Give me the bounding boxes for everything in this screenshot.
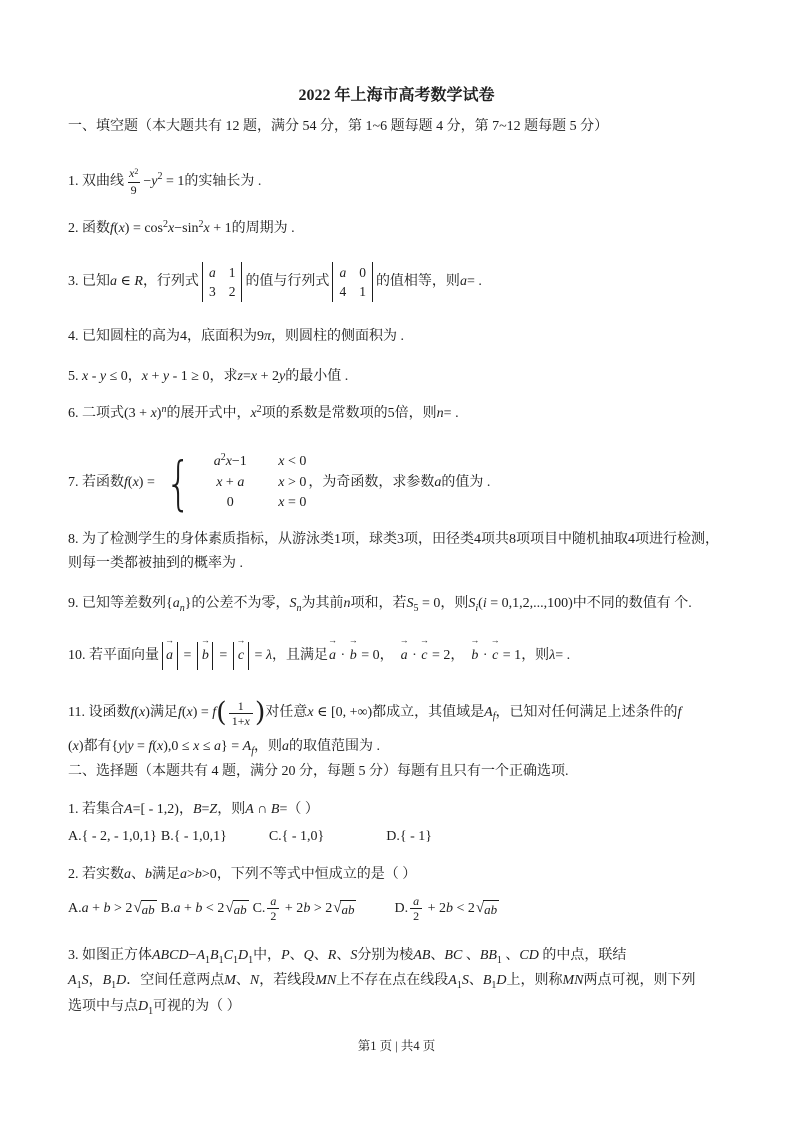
math-var: A: [245, 802, 254, 817]
superscript: 2: [134, 167, 138, 176]
text-run: 一、填空题（本大题共有 12 题，满分 54 分，第 1~6 题每题 4 分，第…: [68, 119, 608, 134]
superscript: 2: [198, 219, 203, 230]
math-var: ABCD: [152, 948, 189, 963]
text-run: 选项中与点: [68, 999, 138, 1014]
vector-letter: b: [350, 648, 357, 663]
question-5: 5. x - y ≤ 0，x + y - 1 ≥ 0，求z=x + 2y的最小值…: [68, 365, 348, 389]
subscript: 1: [219, 955, 224, 966]
subscript: f: [251, 746, 254, 757]
text-run: 中不同的数值有 个.: [573, 596, 692, 611]
math-text: = 1: [499, 644, 521, 668]
text-run: ，: [450, 644, 464, 668]
text-run: ，下列不等式中恒成立的是（ ）: [217, 867, 417, 882]
math-text: ∈ [0, +∞): [314, 701, 373, 725]
text-run: ，则: [440, 596, 468, 611]
text-run: ，: [380, 644, 394, 668]
text-run: 的值与行列式: [245, 270, 329, 294]
determinant-cell: 0: [359, 264, 366, 281]
subscript: f: [493, 705, 496, 729]
piecewise-row: a2x−1x < 0: [198, 452, 306, 473]
text-run: 、: [290, 948, 304, 963]
text-run: 7. 若函数: [68, 471, 124, 495]
norm-bar: [177, 642, 178, 670]
text-run: 1. 若集合: [68, 802, 124, 817]
fraction-denominator: 2: [410, 908, 422, 923]
determinant-cell: 4: [339, 283, 346, 300]
math-text: 9: [131, 183, 137, 197]
fraction: a2: [410, 894, 422, 923]
page-footer: 第1 页 | 共4 页: [0, 1036, 793, 1054]
subscript: 1: [111, 980, 116, 991]
math-var: R: [134, 270, 143, 294]
math-var: b: [195, 897, 202, 921]
math-var: D: [238, 948, 248, 963]
math-text: ·: [479, 644, 491, 668]
spacer: [324, 839, 386, 840]
math-var: b: [104, 897, 111, 921]
math-text: +: [148, 369, 163, 384]
fraction: x29: [126, 166, 141, 197]
math-var: n: [437, 406, 444, 421]
question-9: 9. 已知等差数列{an}的公差不为零，Sn为其前n项和，若S5 = 0，则Si…: [68, 592, 692, 617]
math-var: b: [145, 867, 152, 882]
choice-question-2-options: A.a + b > 2√abB.a + b < 2√abC.a2 + 2b > …: [68, 894, 500, 923]
math-text: +: [181, 897, 196, 921]
text-run: 满足: [152, 867, 180, 882]
vector-b: →b: [350, 644, 357, 668]
superscript: 2: [257, 404, 262, 415]
math-text: > 2: [111, 897, 133, 921]
piecewise-expression: 0: [198, 493, 262, 513]
math-text: 4: [180, 329, 187, 344]
subscript: 1: [491, 980, 496, 991]
square-root: √ab: [133, 900, 156, 918]
math-text: ) =: [139, 471, 159, 495]
question-8-line1: 8. 为了检测学生的身体素质指标，从游泳类1项，球类3项，田径类4项共8项项目中…: [68, 528, 719, 552]
math-text: =[ - 1,2): [133, 802, 179, 817]
determinant-cell: 3: [209, 283, 216, 300]
text-run: 的值为 .: [441, 471, 490, 495]
math-var: B: [193, 802, 202, 817]
subscript: 1: [248, 955, 253, 966]
math-var: C: [224, 948, 233, 963]
text-run: 、: [314, 948, 328, 963]
math-text: ∈: [117, 270, 134, 294]
text-run: 10. 若平面向量: [68, 644, 159, 668]
norm-bar: [233, 642, 234, 670]
math-var: a: [434, 471, 441, 495]
vector-b: →b: [471, 644, 478, 668]
text-run: 的中点，联结: [539, 948, 627, 963]
vector-c: →c: [238, 644, 244, 668]
vector-letter: b: [471, 648, 478, 663]
math-text: = 2: [428, 644, 450, 668]
math-var: MN: [315, 973, 336, 988]
text-run: 都成立，其值域是: [372, 701, 484, 725]
fraction-numerator: x2: [126, 166, 141, 182]
piecewise-rows: a2x−1x < 0x + ax > 00x = 0: [198, 452, 306, 513]
text-run: 上，则称: [507, 973, 563, 988]
big-paren: (: [216, 698, 227, 728]
math-text: =: [134, 739, 149, 754]
text-run: 则每一类都被抽到的概率为 .: [68, 556, 243, 571]
text-run: （ ）: [287, 802, 319, 817]
math-var: b: [446, 897, 453, 921]
math-text: > 0: [284, 475, 306, 490]
math-var: b: [195, 867, 202, 882]
text-run: ，求: [210, 369, 238, 384]
text-run: 的周期为 .: [232, 221, 295, 236]
math-text: = 0: [284, 495, 306, 510]
math-var: a: [110, 270, 117, 294]
text-run: 3. 如图正方体: [68, 948, 152, 963]
choice-question-1: 1. 若集合A=[ - 1,2)，B=Z，则A ∩ B=（ ）: [68, 798, 319, 822]
question-10: 10. 若平面向量→a = →b = →c = λ，且满足→a · →b = 0…: [68, 642, 570, 670]
text-run: 5.: [68, 369, 82, 384]
subscript: 1: [77, 980, 82, 991]
math-var: A: [448, 973, 457, 988]
vector-arrow-icon: →: [470, 636, 479, 645]
document-page: 2022 年上海市高考数学试卷 一、填空题（本大题共有 12 题，满分 54 分…: [0, 0, 793, 1122]
math-text: 2: [413, 909, 419, 923]
math-var: a: [270, 894, 276, 908]
math-text: =: [243, 369, 251, 384]
text-run: 11. 设函数: [68, 701, 130, 725]
text-run: 的实轴长为 .: [184, 170, 261, 194]
math-text: = 0: [358, 644, 380, 668]
piecewise-row: 0x = 0: [198, 493, 306, 513]
subscript: 1: [233, 955, 238, 966]
radicand: ab: [141, 900, 157, 918]
math-text: ) =: [193, 701, 213, 725]
superscript: 2: [163, 219, 168, 230]
text-run: ，: [89, 973, 103, 988]
text-run: 2. 函数: [68, 221, 110, 236]
math-text: C.{ - 1,0}: [269, 829, 324, 844]
math-text: A.{ - 2, - 1,0,1}: [68, 829, 157, 844]
radicand: ab: [340, 900, 356, 918]
vector-arrow-icon: →: [201, 636, 210, 645]
fraction-numerator: a: [267, 894, 279, 908]
text-run: 6. 二项式: [68, 406, 124, 421]
subscript: 1: [148, 1006, 153, 1017]
math-text: 1: [238, 699, 244, 713]
text-run: ，行列式: [143, 270, 199, 294]
spacer: [394, 656, 400, 657]
question-6: 6. 二项式(3 + x)n的展开式中，x2项的系数是常数项的5倍，则n= .: [68, 402, 459, 427]
math-text: ≤: [199, 739, 214, 754]
vector-b: →b: [202, 644, 209, 668]
math-text: 2: [270, 909, 276, 923]
vector-c: →c: [421, 644, 427, 668]
math-text: + 1: [210, 221, 232, 236]
math-var: A: [68, 973, 77, 988]
text-run: ，底面积为: [187, 329, 257, 344]
math-text: + 2: [424, 897, 446, 921]
superscript: 2: [221, 452, 226, 463]
vector-letter: b: [202, 648, 209, 663]
question-3: 3. 已知a ∈ R，行列式a132的值与行列式a041的值相等，则a= .: [68, 262, 482, 302]
math-text: −sin: [174, 221, 198, 236]
text-run: }的公差不为零，: [185, 596, 290, 611]
big-paren: ): [255, 698, 266, 728]
math-text: D.: [394, 897, 408, 921]
text-run: ．空间任意两点: [126, 973, 224, 988]
fraction-denominator: 2: [267, 908, 279, 923]
text-run: ，若线段: [259, 973, 315, 988]
subscript: 1: [457, 980, 462, 991]
math-text: + 2: [257, 369, 279, 384]
spacer: [227, 839, 269, 840]
math-text: } =: [221, 739, 243, 754]
determinant: a041: [332, 262, 373, 302]
math-var: a: [214, 739, 221, 754]
math-text: = 0: [418, 596, 440, 611]
text-run: 8. 为了检测学生的身体素质指标，从游泳类1项，球类3项，田径类4项共8项项目中…: [68, 532, 719, 547]
text-run: 的展开式中，: [166, 406, 250, 421]
vector-letter: c: [238, 648, 244, 663]
vector-a: →a: [401, 644, 408, 668]
math-text: < 0: [284, 454, 306, 469]
math-var: A: [196, 948, 205, 963]
vector-arrow-icon: →: [236, 636, 245, 645]
norm-bar: [162, 642, 163, 670]
text-run: 二、选择题（本题共有 4 题，满分 20 分，每题 5 分）每题有且只有一个正确…: [68, 764, 569, 779]
superscript: n: [161, 404, 166, 415]
math-var: a: [237, 475, 244, 490]
vector-arrow-icon: →: [400, 636, 409, 645]
choice-question-3-line3: 选项中与点D1可视的为（ ）: [68, 995, 241, 1020]
determinant-cell: a: [339, 264, 346, 281]
math-var: CD: [519, 948, 538, 963]
math-var: D: [496, 973, 506, 988]
section2-header: 二、选择题（本题共有 4 题，满分 20 分，每题 5 分）每题有且只有一个正确…: [68, 760, 569, 784]
text-run: 、: [430, 948, 444, 963]
vector-letter: a: [401, 648, 408, 663]
piecewise-condition: x < 0: [278, 452, 306, 473]
math-text: B.{ - 1,0,1}: [161, 829, 227, 844]
text-run: 中，: [253, 948, 281, 963]
piecewise-expression: a2x−1: [198, 452, 262, 473]
vector-arrow-icon: →: [328, 636, 337, 645]
piecewise-function: {a2x−1x < 0x + ax > 00x = 0: [160, 452, 306, 513]
math-var: BC: [444, 948, 462, 963]
vector-arrow-icon: →: [491, 636, 500, 645]
math-var: A: [243, 739, 252, 754]
text-run: 都有{: [84, 739, 119, 754]
math-text: ·: [337, 644, 349, 668]
math-var: π: [264, 329, 271, 344]
left-brace: {: [166, 455, 192, 511]
math-text: ≤ 0: [106, 369, 128, 384]
math-var: x: [250, 406, 256, 421]
text-run: 的最小值 .: [285, 369, 348, 384]
math-text: B.: [161, 897, 174, 921]
fraction-numerator: a: [410, 894, 422, 908]
vector-letter: a: [166, 648, 173, 663]
question-11-line1: 11. 设函数f(x)满足f(x) = f(11+x)对任意x ∈ [0, +∞…: [68, 698, 681, 728]
text-run: 项和，若: [350, 596, 406, 611]
spacer: [464, 656, 470, 657]
text-run: 分别为棱: [357, 948, 413, 963]
math-var: S: [462, 973, 469, 988]
math-text: ) = cos: [125, 221, 163, 236]
text-run: 3. 已知: [68, 270, 110, 294]
fraction-denominator: 9: [128, 182, 140, 197]
vector-a: →a: [329, 644, 336, 668]
text-run: 满足: [150, 701, 178, 725]
question-7: 7. 若函数f(x) = {a2x−1x < 0x + ax > 00x = 0…: [68, 452, 490, 513]
math-text: -: [88, 369, 100, 384]
radicand: ab: [233, 900, 249, 918]
vector-letter: c: [492, 648, 498, 663]
section1-header: 一、填空题（本大题共有 12 题，满分 54 分，第 1~6 题每题 4 分，第…: [68, 115, 608, 139]
math-text: =: [251, 644, 266, 668]
text-run: 、: [131, 867, 145, 882]
page-number: 第1 页 | 共4 页: [358, 1039, 436, 1053]
math-text: < 2: [453, 897, 475, 921]
text-run: 两点可视，则下列: [584, 973, 696, 988]
math-var: a: [282, 739, 289, 754]
text-run: 、: [462, 948, 480, 963]
math-text: A.: [68, 897, 82, 921]
subscript: 1: [205, 955, 210, 966]
text-run: 的值相等，则: [376, 270, 460, 294]
math-text: < 2: [202, 897, 224, 921]
subscript: n: [296, 603, 301, 614]
math-var: a: [460, 270, 467, 294]
determinant-cell: 2: [229, 283, 236, 300]
choice-question-3-line1: 3. 如图正方体ABCD−A1B1C1D1中，P、Q、R、S分别为棱AB、BC …: [68, 944, 626, 969]
norm-bar: [197, 642, 198, 670]
page-title: 2022 年上海市高考数学试卷: [0, 86, 793, 106]
math-text: 1+: [232, 714, 245, 728]
math-text: 9: [257, 329, 264, 344]
text-run: 可视的为（ ）: [153, 999, 241, 1014]
text-run: 、: [336, 948, 350, 963]
vector-c: →c: [492, 644, 498, 668]
math-var: P: [281, 948, 290, 963]
text-run: ，则: [254, 739, 282, 754]
question-4: 4. 已知圆柱的高为4，底面积为9π，则圆柱的侧面积为 .: [68, 325, 404, 349]
piecewise-condition: x > 0: [278, 473, 306, 493]
math-var: D: [138, 999, 148, 1014]
piecewise-expression: x + a: [198, 473, 262, 493]
math-var: a: [413, 894, 419, 908]
fraction: 11+x: [229, 699, 253, 728]
math-text: =: [216, 644, 231, 668]
text-run: 项的系数是常数项的5倍，则: [262, 406, 437, 421]
math-text: ·: [409, 644, 421, 668]
text-run: ，则: [217, 802, 245, 817]
text-run: 上不存在点在线段: [336, 973, 448, 988]
vector-letter: c: [421, 648, 427, 663]
question-11-line2: (x)都有{y|y = f(x),0 ≤ x ≤ a} = Af，则a的取值范围…: [68, 735, 380, 760]
math-var: a: [173, 596, 180, 611]
choice-question-2: 2. 若实数a、b满足a>b>0，下列不等式中恒成立的是（ ）: [68, 863, 416, 887]
math-text: = .: [555, 644, 570, 668]
math-var: D: [116, 973, 126, 988]
text-run: 的取值范围为 .: [289, 739, 380, 754]
math-var: a: [82, 897, 89, 921]
choice-question-1-options: A.{ - 2, - 1,0,1}B.{ - 1,0,1}C.{ - 1,0}D…: [68, 825, 432, 849]
spacer: [357, 908, 394, 909]
math-var: B: [103, 973, 112, 988]
norm-bar: [212, 642, 213, 670]
math-var: a: [174, 897, 181, 921]
subscript: 1: [497, 955, 502, 966]
math-var: a: [180, 867, 187, 882]
math-text: 0: [227, 495, 234, 510]
text-run: 为其前: [301, 596, 343, 611]
vector-arrow-icon: →: [420, 636, 429, 645]
math-text: C.: [253, 897, 266, 921]
text-run: 对任意: [265, 701, 307, 725]
choice-question-3-line2: A1S，B1D．空间任意两点M、N，若线段MN上不存在点在线段A1S、B1D上，…: [68, 969, 696, 994]
fraction: a2: [267, 894, 279, 923]
question-2: 2. 函数f(x) = cos2x−sin2x + 1的周期为 .: [68, 217, 295, 242]
math-var: a: [124, 867, 131, 882]
math-text: = 1: [162, 170, 184, 194]
square-root: √ab: [225, 900, 248, 918]
math-text: >: [187, 867, 195, 882]
text-run: ，为奇函数，求参数: [308, 471, 434, 495]
text-run: ，则: [521, 644, 549, 668]
text-run: 、: [469, 973, 483, 988]
norm-bar: [248, 642, 249, 670]
math-var: AB: [413, 948, 430, 963]
piecewise-condition: x = 0: [278, 493, 306, 513]
math-text: +: [222, 475, 237, 490]
text-run: 2. 若实数: [68, 867, 124, 882]
question-1: 1. 双曲线x29−y2 = 1的实轴长为 .: [68, 166, 261, 197]
text-run: 9. 已知等差数列{: [68, 596, 173, 611]
text-run: ，: [179, 802, 193, 817]
math-var: b: [303, 897, 310, 921]
math-var: BB: [480, 948, 497, 963]
text-run: ，且满足: [272, 644, 328, 668]
square-root: √ab: [333, 900, 356, 918]
text-run: 4. 已知圆柱的高为: [68, 329, 180, 344]
text-run: 1. 双曲线: [68, 170, 124, 194]
text-run: 、: [502, 948, 520, 963]
determinant: a132: [202, 262, 243, 302]
subscript: 5: [413, 603, 418, 614]
text-run: ，: [128, 369, 142, 384]
math-var: M: [224, 973, 236, 988]
math-text: = .: [467, 270, 482, 294]
subscript: n: [180, 603, 185, 614]
math-text: = .: [444, 406, 459, 421]
math-text: =: [180, 644, 195, 668]
math-text: + 2: [281, 897, 303, 921]
text-run: ，已知对任何满足上述条件的: [496, 701, 678, 725]
radicand: ab: [483, 900, 499, 918]
determinant-cell: a: [209, 264, 216, 281]
math-text: (3 +: [124, 406, 151, 421]
square-root: √ab: [476, 900, 499, 918]
math-text: - 1 ≥ 0: [169, 369, 209, 384]
vector-letter: a: [329, 648, 336, 663]
math-var: a: [214, 454, 221, 469]
math-text: >0: [202, 867, 217, 882]
fraction-denominator: 1+x: [229, 713, 253, 728]
math-var: A: [124, 802, 133, 817]
math-var: B: [210, 948, 219, 963]
math-text: = 0,1,2,...,100): [487, 596, 573, 611]
question-8-line2: 则每一类都被抽到的概率为 .: [68, 552, 243, 576]
vector-a: →a: [166, 644, 173, 668]
